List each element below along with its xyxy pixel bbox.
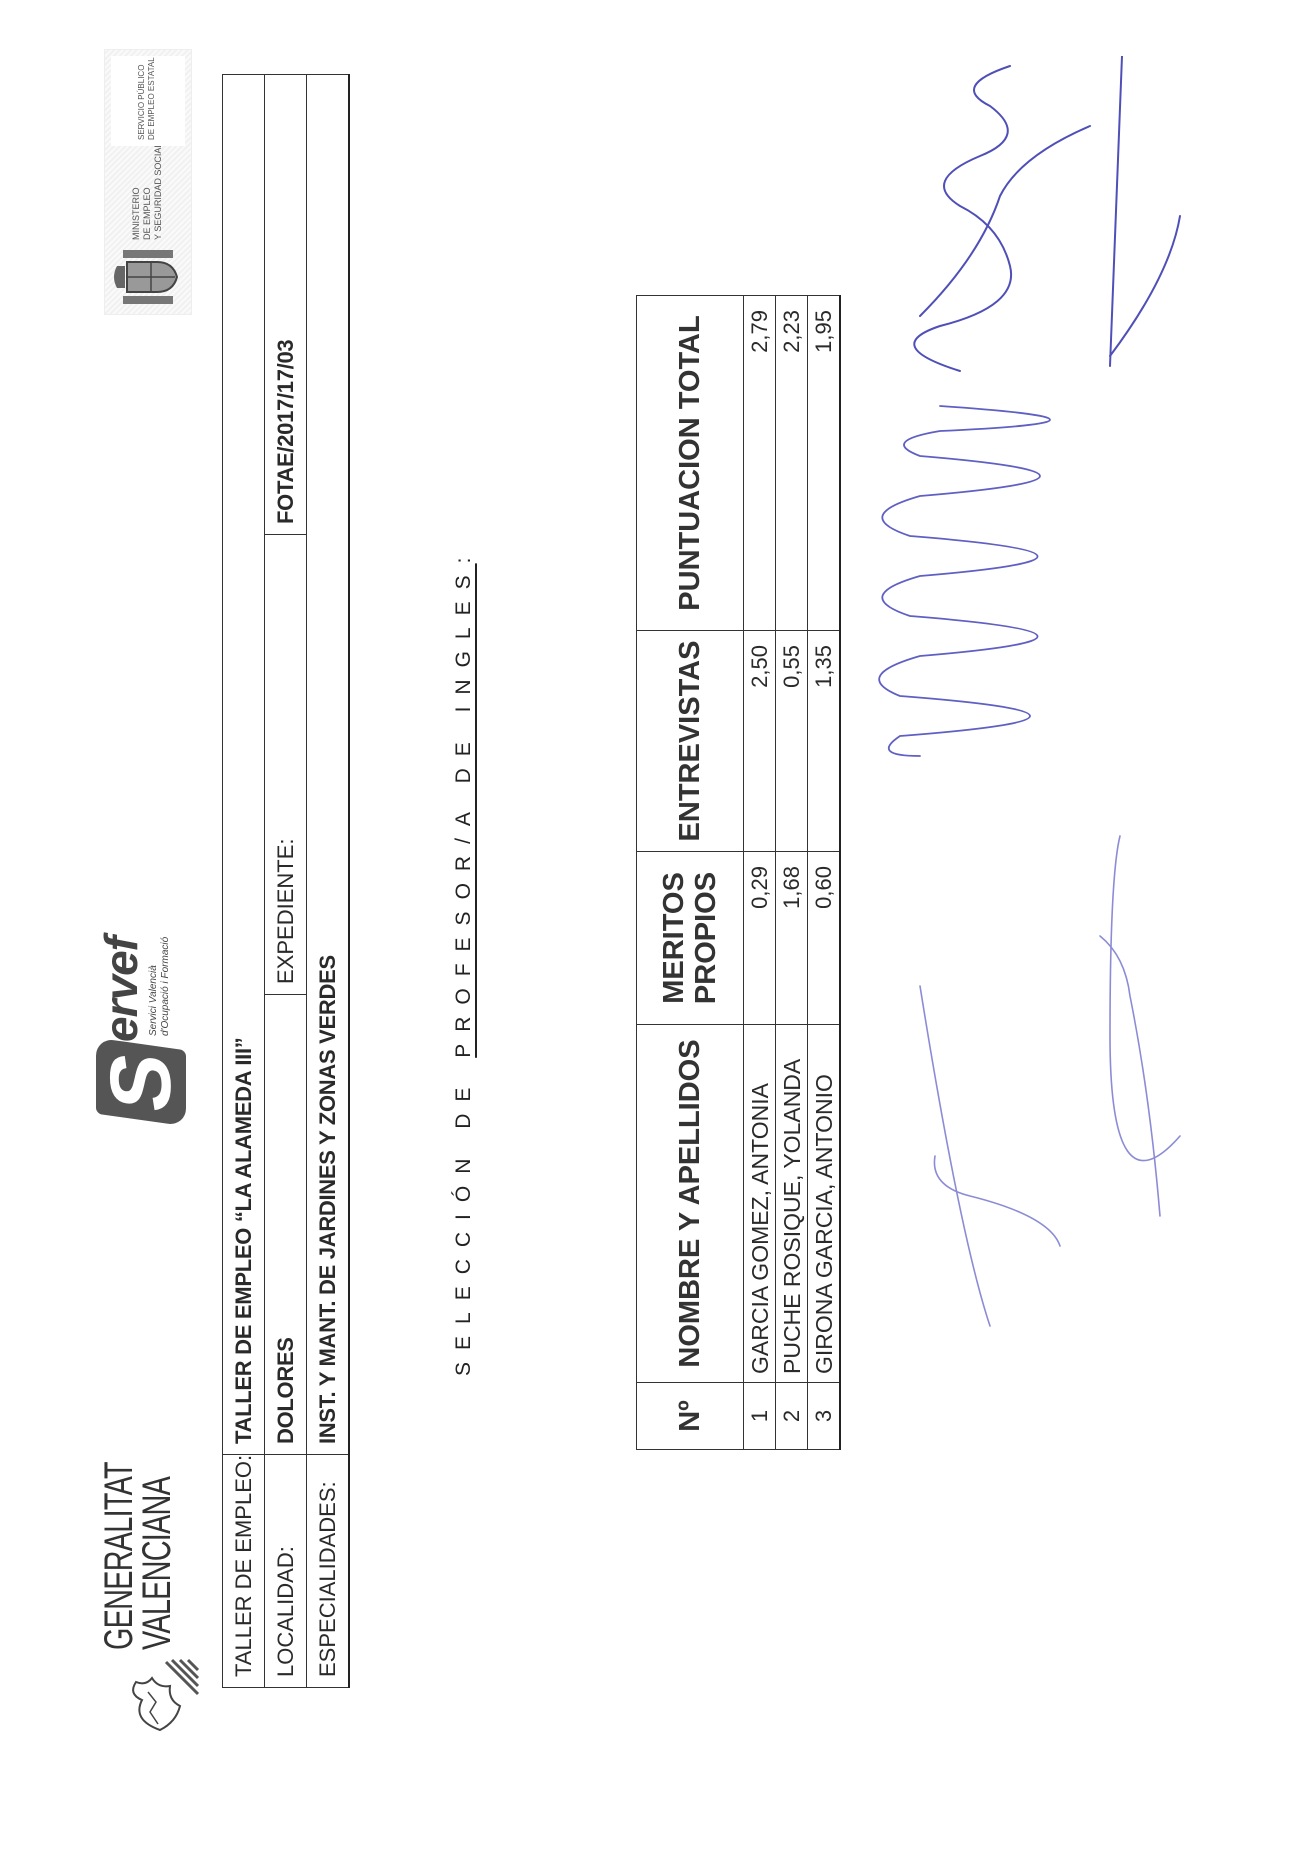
column-header-number: Nº: [637, 1383, 744, 1450]
signatures-area: [860, 56, 1190, 1356]
ministerio-text: MINISTERIO DE EMPLEO Y SEGURIDAD SOCIAL: [131, 143, 164, 240]
header-row-localidad: LOCALIDAD: DOLORES EXPEDIENTE: FOTAE/201…: [265, 75, 307, 1688]
meritos-value: 0,60: [808, 852, 841, 1025]
candidate-name: GARCIA GOMEZ, ANTONIA: [744, 1025, 776, 1383]
title-prefix: SELECCIÓN DE: [452, 1076, 475, 1376]
coat-of-arms-icon: [113, 246, 183, 308]
servef-subtitle-line2: d'Ocupació i Formació: [160, 937, 172, 1036]
table-row: 1 GARCIA GOMEZ, ANTONIA 0,29 2,50 2,79: [744, 296, 776, 1450]
meritos-value: 1,68: [776, 852, 808, 1025]
total-value: 1,95: [808, 296, 841, 631]
selection-title: SELECCIÓN DE PROFESOR/A DE INGLES:: [452, 546, 476, 1376]
generalitat-line1: GENERALITAT: [100, 1462, 138, 1650]
entrevistas-value: 2,50: [744, 631, 776, 852]
expediente-label: EXPEDIENTE:: [265, 535, 307, 995]
ministerio-line2: DE EMPLEO: [142, 143, 153, 240]
row-number: 1: [744, 1383, 776, 1450]
column-header-meritos: MERITOS PROPIOS: [637, 852, 744, 1025]
ministerio-empleo-logo: MINISTERIO DE EMPLEO Y SEGURIDAD SOCIAL …: [104, 49, 192, 315]
column-header-name: NOMBRE Y APELLIDOS: [637, 1025, 744, 1383]
row-number: 3: [808, 1383, 841, 1450]
row-number: 2: [776, 1383, 808, 1450]
selection-results-table: Nº NOMBRE Y APELLIDOS MERITOS PROPIOS EN…: [636, 295, 841, 1450]
generalitat-wordmark: GENERALITAT VALENCIANA: [100, 1462, 176, 1650]
servef-s-mark: S: [96, 1038, 186, 1127]
total-value: 2,23: [776, 296, 808, 631]
taller-value: TALLER DE EMPLEO “LA ALAMEDA III”: [223, 75, 265, 1455]
especialidades-value: INST. Y MANT. DE JARDINES Y ZONAS VERDES: [307, 75, 350, 1455]
header-info-table: TALLER DE EMPLEO: TALLER DE EMPLEO “LA A…: [222, 74, 350, 1688]
signature-2-icon: [879, 406, 1050, 756]
localidad-value: DOLORES: [265, 995, 307, 1455]
column-header-total: PUNTUACION TOTAL: [637, 296, 744, 631]
candidate-name: GIRONA GARCIA, ANTONIO: [808, 1025, 841, 1383]
total-value: 2,79: [744, 296, 776, 631]
ministerio-line1: MINISTERIO: [131, 143, 142, 240]
sepe-text: SERVICIO PÚBLICO DE EMPLEO ESTATAL: [137, 57, 157, 140]
localidad-label: LOCALIDAD:: [265, 1455, 307, 1688]
expediente-value: FOTAE/2017/17/03: [265, 75, 307, 535]
table-row: 2 PUCHE ROSIQUE, YOLANDA 1,68 0,55 2,23: [776, 296, 808, 1450]
candidate-name: PUCHE ROSIQUE, YOLANDA: [776, 1025, 808, 1383]
entrevistas-value: 0,55: [776, 631, 808, 852]
generalitat-emblem-icon: [120, 1658, 200, 1738]
especialidades-label: ESPECIALIDADES:: [307, 1455, 350, 1688]
table-header-row: Nº NOMBRE Y APELLIDOS MERITOS PROPIOS EN…: [637, 296, 744, 1450]
taller-label: TALLER DE EMPLEO:: [223, 1455, 265, 1688]
table-row: 3 GIRONA GARCIA, ANTONIO 0,60 1,35 1,95: [808, 296, 841, 1450]
servef-wordmark: ervef: [94, 937, 148, 1042]
signature-3-icon: [914, 56, 1180, 371]
sepe-line2: DE EMPLEO ESTATAL: [147, 57, 157, 140]
header-row-taller: TALLER DE EMPLEO: TALLER DE EMPLEO “LA A…: [223, 75, 265, 1688]
selection-table-body: 1 GARCIA GOMEZ, ANTONIA 0,29 2,50 2,79 2…: [744, 296, 841, 1450]
generalitat-line2: VALENCIANA: [138, 1462, 176, 1650]
generalitat-valenciana-logo: GENERALITAT VALENCIANA: [100, 1468, 210, 1738]
header-row-especialidades: ESPECIALIDADES: INST. Y MANT. DE JARDINE…: [307, 75, 350, 1688]
title-suffix: :: [452, 546, 475, 564]
servef-subtitle: Servici Valencià d'Ocupació i Formació: [148, 937, 172, 1036]
title-position: PROFESOR/A DE INGLES: [452, 563, 475, 1057]
sepe-box: SERVICIO PÚBLICO DE EMPLEO ESTATAL: [111, 56, 185, 146]
meritos-value: 0,29: [744, 852, 776, 1025]
column-header-entrevistas: ENTREVISTAS: [637, 631, 744, 852]
ministerio-line3: Y SEGURIDAD SOCIAL: [153, 143, 164, 240]
sepe-line1: SERVICIO PÚBLICO: [137, 57, 147, 140]
entrevistas-value: 1,35: [808, 631, 841, 852]
servef-subtitle-line1: Servici Valencià: [148, 937, 160, 1036]
document-page: GENERALITAT VALENCIANA S ervef Servici V…: [0, 0, 1290, 1856]
servef-logo: S ervef Servici Valencià d'Ocupació i Fo…: [96, 920, 196, 1120]
signature-1-icon: [920, 836, 1180, 1326]
